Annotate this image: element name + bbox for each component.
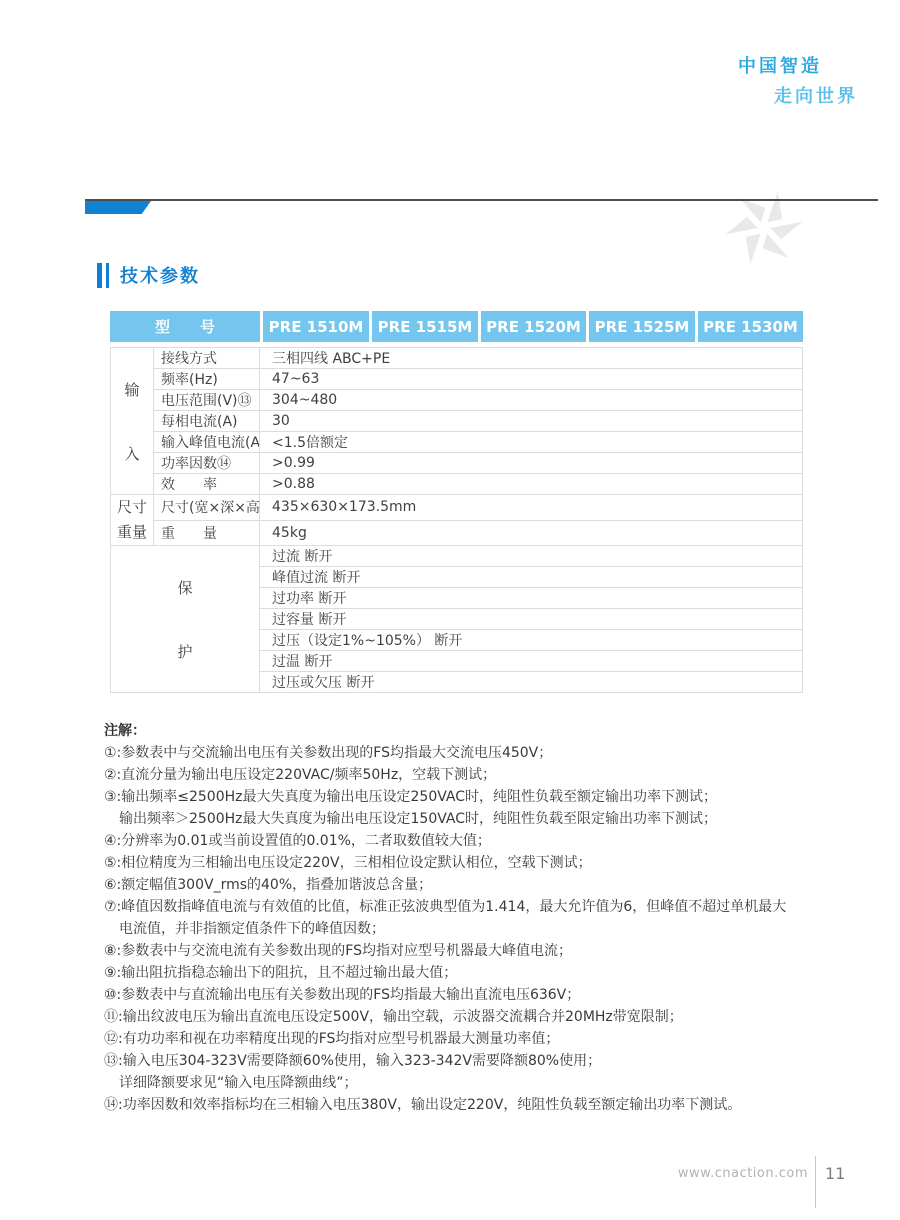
- param-value: >0.99: [260, 453, 803, 474]
- brand-logo: 中国智造 走向世界: [738, 52, 858, 108]
- group-char-input-2: 入: [124, 443, 139, 464]
- note-line: 输出频率＞2500Hz最大失真度为输出电压设定150VAC时，纯阻性负载至限定输…: [104, 808, 894, 830]
- group-cell-protection: 保 护: [110, 546, 260, 693]
- param-value: 47~63: [260, 369, 803, 390]
- model-header-pre1525m: PRE 1525M: [586, 311, 695, 347]
- protection-value: 过温 断开: [260, 651, 803, 672]
- param-value: 45kg: [260, 521, 803, 547]
- page: 中国智造 走向世界 技术参数 型 号: [0, 0, 900, 1220]
- note-line: ③:输出频率≤2500Hz最大失真度为输出电压设定250VAC时，纯阻性负载至额…: [104, 786, 894, 808]
- group-char-protection-2: 护: [178, 641, 193, 662]
- model-header-pre1515m: PRE 1515M: [369, 311, 478, 347]
- param-value: <1.5倍额定: [260, 432, 803, 453]
- model-header-pre1530m: PRE 1530M: [695, 311, 803, 347]
- brand-slogan-line-1: 中国智造: [738, 52, 858, 78]
- table-row: 功率因数⑭ >0.99: [110, 453, 803, 474]
- note-line: 电流值，并非指额定值条件下的峰值因数；: [104, 918, 894, 940]
- footer-divider: [815, 1156, 816, 1208]
- notes-section: 注解： ①:参数表中与交流输出电压有关参数出现的FS均指最大交流电压450V； …: [104, 720, 894, 1116]
- group-char-input-1: 输: [124, 379, 139, 400]
- param-label: 效 率: [154, 474, 260, 495]
- title-bar-thin: [106, 263, 109, 288]
- note-line: ⑨:输出阻抗指稳态输出下的阻抗，且不超过输出最大值；: [104, 962, 894, 984]
- protection-value: 过容量 断开: [260, 609, 803, 630]
- brand-slogan-line-2: 走向世界: [774, 82, 858, 108]
- model-header-pre1520m: PRE 1520M: [478, 311, 586, 347]
- table-row: 每相电流(A) 30: [110, 411, 803, 432]
- group-line-size: 尺寸: [111, 495, 153, 520]
- section-title: 技术参数: [97, 262, 200, 288]
- note-line: ⑧:参数表中与交流电流有关参数出现的FS均指对应型号机器最大峰值电流；: [104, 940, 894, 962]
- note-line: ④:分辨率为0.01或当前设置值的0.01%，二者取数值较大值；: [104, 830, 894, 852]
- group-char-protection-1: 保: [178, 577, 193, 598]
- title-bar-thick: [97, 263, 102, 288]
- pinwheel-watermark-icon: [720, 184, 808, 272]
- table-row: 保 护 过流 断开: [110, 546, 803, 567]
- table-row: 输入峰值电流(A) <1.5倍额定: [110, 432, 803, 453]
- model-label-header: 型 号: [110, 311, 260, 347]
- protection-value: 过压或欠压 断开: [260, 672, 803, 693]
- param-value: 三相四线 ABC+PE: [260, 347, 803, 369]
- table-row: 输 入 接线方式 三相四线 ABC+PE: [110, 347, 803, 369]
- param-label: 尺寸(宽×深×高): [154, 495, 260, 521]
- footer-url: www.cnaction.com: [610, 1166, 808, 1181]
- section-title-text: 技术参数: [120, 262, 200, 288]
- param-label: 每相电流(A): [154, 411, 260, 432]
- note-line: ⑭:功率因数和效率指标均在三相输入电压380V，输出设定220V，纯阻性负载至额…: [104, 1094, 894, 1116]
- group-cell-size-weight: 尺寸 重量: [110, 495, 154, 546]
- param-label: 重 量: [154, 521, 260, 547]
- model-header-pre1510m: PRE 1510M: [260, 311, 369, 347]
- header-blue-flag: [85, 201, 151, 214]
- protection-value: 峰值过流 断开: [260, 567, 803, 588]
- note-line: ⑤:相位精度为三相输出电压设定220V，三相相位设定默认相位，空载下测试；: [104, 852, 894, 874]
- note-line: ⑪:输出纹波电压为输出直流电压设定500V，输出空载，示波器交流耦合并20MHz…: [104, 1006, 894, 1028]
- protection-value: 过流 断开: [260, 546, 803, 567]
- table-header-row: 型 号 PRE 1510M PRE 1515M PRE 1520M PRE 15…: [110, 311, 803, 347]
- note-line: 详细降额要求见“输入电压降额曲线”；: [104, 1072, 894, 1094]
- protection-value: 过功率 断开: [260, 588, 803, 609]
- note-line: ①:参数表中与交流输出电压有关参数出现的FS均指最大交流电压450V；: [104, 742, 894, 764]
- table-row: 重 量 45kg: [110, 521, 803, 547]
- note-line: ②:直流分量为输出电压设定220VAC/频率50Hz，空载下测试；: [104, 764, 894, 786]
- param-label: 电压范围(V)⑬: [154, 390, 260, 411]
- table-row: 频率(Hz) 47~63: [110, 369, 803, 390]
- header-divider-rule: [85, 199, 878, 201]
- spec-table: 型 号 PRE 1510M PRE 1515M PRE 1520M PRE 15…: [110, 311, 803, 693]
- param-label: 频率(Hz): [154, 369, 260, 390]
- param-label: 功率因数⑭: [154, 453, 260, 474]
- param-label: 接线方式: [154, 347, 260, 369]
- note-line: ⑦:峰值因数指峰值电流与有效值的比值，标准正弦波典型值为1.414，最大允许值为…: [104, 896, 894, 918]
- note-line: ⑫:有功功率和视在功率精度出现的FS均指对应型号机器最大测量功率值；: [104, 1028, 894, 1050]
- notes-title: 注解：: [104, 720, 894, 742]
- note-line: ⑬:输入电压304-323V需要降额60%使用，输入323-342V需要降额80…: [104, 1050, 894, 1072]
- param-value: 304~480: [260, 390, 803, 411]
- note-line: ⑩:参数表中与直流输出电压有关参数出现的FS均指最大输出直流电压636V；: [104, 984, 894, 1006]
- protection-value: 过压（设定1%~105%） 断开: [260, 630, 803, 651]
- param-value: 435×630×173.5mm: [260, 495, 803, 521]
- param-value: >0.88: [260, 474, 803, 495]
- footer-page-number: 11: [825, 1164, 845, 1183]
- group-line-weight: 重量: [111, 520, 153, 545]
- group-cell-input: 输 入: [110, 347, 154, 495]
- param-label: 输入峰值电流(A): [154, 432, 260, 453]
- table-row: 效 率 >0.88: [110, 474, 803, 495]
- note-line: ⑥:额定幅值300V_rms的40%，指叠加谐波总含量；: [104, 874, 894, 896]
- table-row: 电压范围(V)⑬ 304~480: [110, 390, 803, 411]
- table-row: 尺寸 重量 尺寸(宽×深×高) 435×630×173.5mm: [110, 495, 803, 521]
- param-value: 30: [260, 411, 803, 432]
